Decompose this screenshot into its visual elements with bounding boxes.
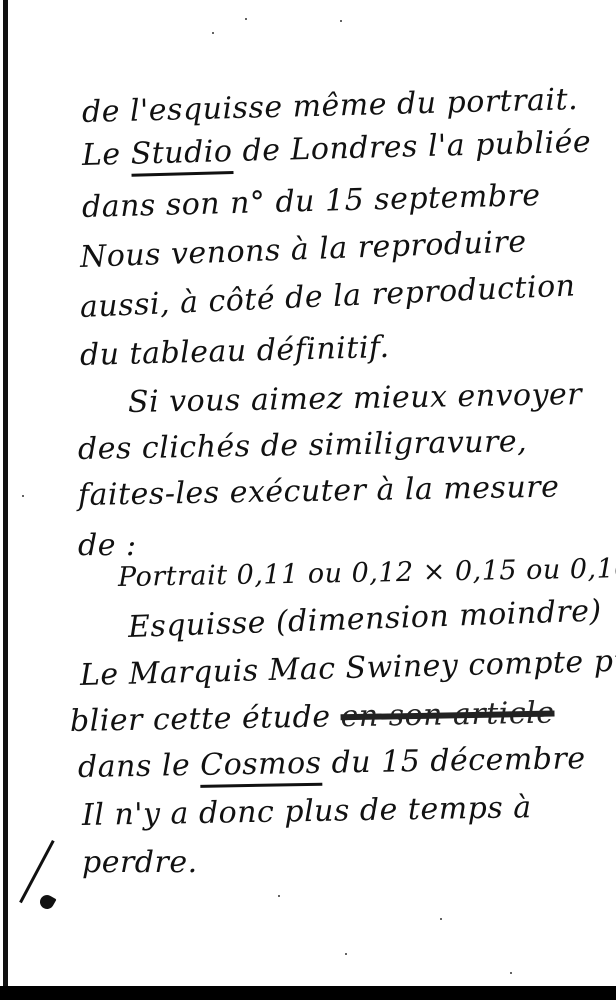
- text-line-12: Esquisse (dimension moindre): [127, 593, 602, 645]
- text-line-14: blier cette étude en son article: [70, 696, 555, 739]
- line-15-post: du 15 décembre: [321, 741, 586, 781]
- text-line-1: de l'esquisse même du portrait.: [82, 82, 579, 130]
- text-line-4: Nous venons à la reproduire: [79, 224, 527, 275]
- text-line-3: dans son n° du 15 septembre: [82, 178, 541, 225]
- scan-speck: [278, 895, 280, 897]
- journal-title-studio: Studio: [130, 134, 233, 177]
- scan-speck: [510, 972, 512, 974]
- text-line-2: Le Studio de Londres l'a publiée: [82, 125, 592, 173]
- ink-blot: [37, 892, 56, 911]
- text-line-17: perdre.: [82, 845, 198, 880]
- text-line-15: dans le Cosmos du 15 décembre: [78, 741, 586, 785]
- line-2-post: de Londres l'a publiée: [232, 125, 592, 169]
- scan-speck: [440, 918, 442, 920]
- scan-speck: [212, 32, 214, 34]
- struck-through-text: en son article: [340, 696, 555, 735]
- scan-speck: [345, 953, 347, 955]
- text-line-7: Si vous aimez mieux envoyer: [128, 377, 583, 420]
- text-line-8: des clichés de similigravure,: [78, 424, 528, 467]
- line-14-pre: blier cette étude: [70, 699, 341, 739]
- line-2-pre: Le: [82, 137, 132, 173]
- text-line-5: aussi, à côté de la reproduction: [79, 268, 576, 325]
- pen-flourish: [19, 840, 55, 903]
- scan-speck: [22, 495, 24, 497]
- text-line-10: de :: [78, 528, 137, 563]
- text-line-16: Il n'y a donc plus de temps à: [82, 790, 532, 833]
- page-bottom-edge: [0, 986, 616, 1000]
- line-15-pre: dans le: [78, 748, 201, 785]
- text-line-9: faites-les exécuter à la mesure: [78, 470, 560, 513]
- scan-speck: [340, 20, 342, 22]
- text-line-11: Portrait 0,11 ou 0,12 × 0,15 ou 0,16: [118, 553, 616, 593]
- journal-title-cosmos: Cosmos: [200, 746, 322, 788]
- text-line-6: du tableau définitif.: [80, 330, 390, 373]
- document-page: de l'esquisse même du portrait. Le Studi…: [0, 0, 616, 1000]
- text-line-13: Le Marquis Mac Swiney compte pu-: [80, 643, 616, 693]
- page-left-edge: [3, 0, 8, 988]
- scan-speck: [245, 18, 247, 20]
